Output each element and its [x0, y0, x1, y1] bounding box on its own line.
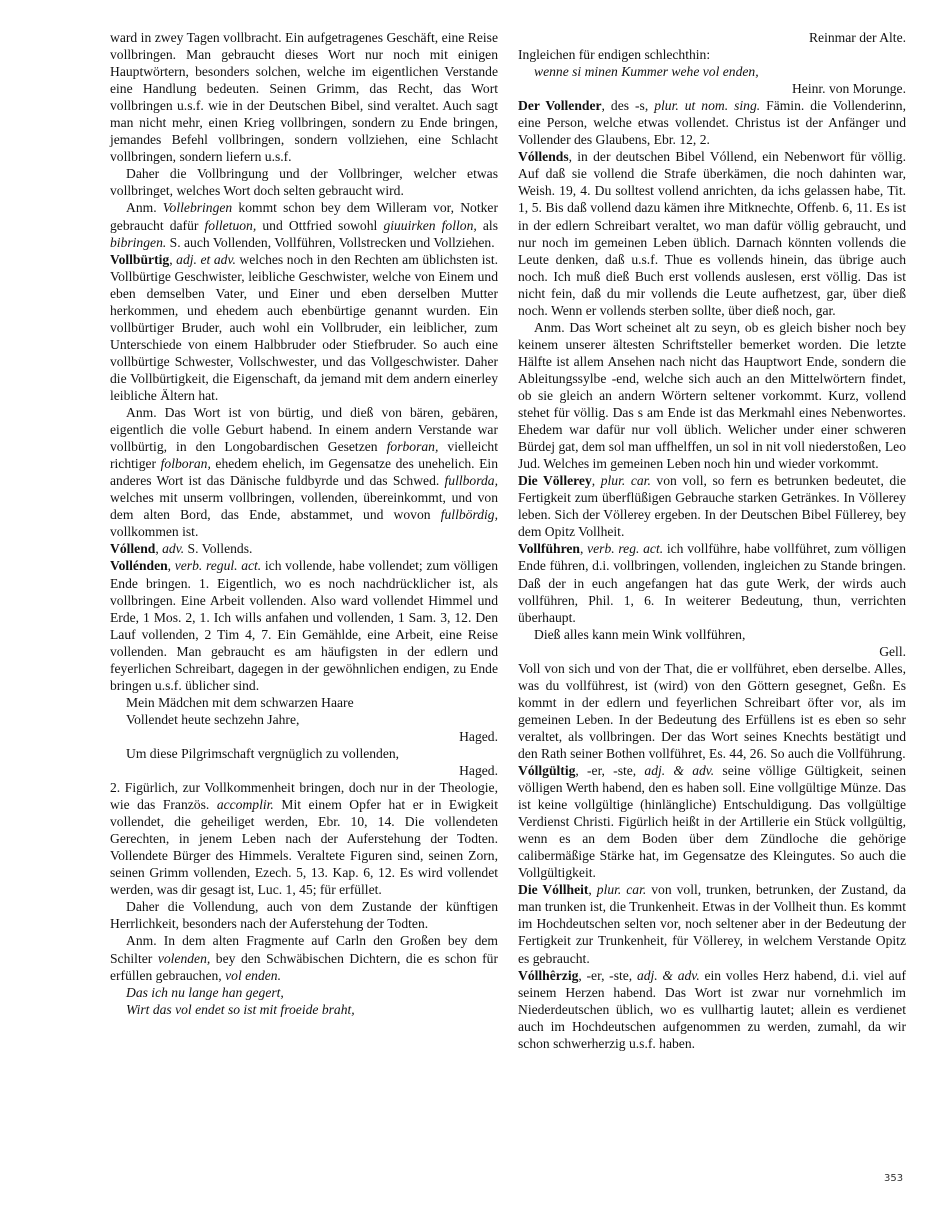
right-column: Reinmar der Alte.Ingleichen für endigen … [518, 29, 906, 1052]
italic-term: Wirt das vol endet so ist mit froeide br… [126, 1002, 355, 1017]
italic-term: Das ich nu lange han gegert, [126, 985, 284, 1000]
italic-term: fullborda, [445, 473, 499, 488]
text-run: , des -s, [602, 98, 655, 113]
text-run: S. Vollends. [184, 541, 252, 556]
paragraph: Daher die Vollendung, auch von dem Zusta… [110, 898, 498, 932]
paragraph: Anm. Das Wort scheinet alt zu seyn, ob e… [518, 319, 906, 472]
verse-line: Mein Mädchen mit dem schwarzen Haare [110, 694, 498, 711]
italic-term: verb. reg. act. [587, 541, 663, 556]
text-run: , in der deutschen Bibel Vóllend, ein Ne… [518, 149, 906, 317]
text-run: Um diese Pilgrimschaft vergnüglich zu vo… [126, 746, 399, 761]
verse-line: wenne si minen Kummer wehe vol enden, [518, 63, 906, 80]
text-run: Ingleichen für endigen schlechthin: [518, 47, 710, 62]
attribution: Haged. [110, 728, 498, 745]
text-run: Anm. Das Wort scheinet alt zu seyn, ob e… [518, 320, 906, 471]
text-run: Voll von sich und von der That, die er v… [518, 661, 906, 761]
headword: Die Völlerey [518, 473, 592, 488]
text-run: als [477, 218, 498, 233]
dictionary-page: ward in zwey Tagen vollbracht. Ein aufge… [0, 0, 935, 1210]
text-run: , [592, 473, 601, 488]
text-run: Reinmar der Alte. [809, 30, 906, 45]
headword: Vollbürtig [110, 252, 169, 267]
text-run: seine völlige Gültigkeit, seinen völlige… [518, 763, 906, 880]
text-run: Anm. [126, 200, 163, 215]
headword: Vóllgültig [518, 763, 575, 778]
italic-term: giuuirken follon, [383, 218, 476, 233]
italic-term: folletuon, [205, 218, 257, 233]
paragraph: Anm. Das Wort ist von bürtig, und dieß v… [110, 404, 498, 540]
paragraph: Ingleichen für endigen schlechthin: [518, 46, 906, 63]
headword: Vóllhêrzig [518, 968, 578, 983]
headword: Vollénden [110, 558, 168, 573]
italic-term: accomplir. [217, 797, 274, 812]
text-run: Haged. [459, 729, 498, 744]
text-run: Vollendet heute sechzehn Jahre, [126, 712, 299, 727]
headword: Der Vollender [518, 98, 602, 113]
paragraph: Anm. In dem alten Fragmente auf Carln de… [110, 932, 498, 983]
attribution: Reinmar der Alte. [518, 29, 906, 46]
verse-line: Vollendet heute sechzehn Jahre, [110, 711, 498, 728]
paragraph: Die Vóllheit, plur. car. von voll, trunk… [518, 881, 906, 966]
paragraph: 2. Figürlich, zur Vollkommenheit bringen… [110, 779, 498, 898]
text-run: vollkommen ist. [110, 524, 198, 539]
italic-term: plur. ut nom. sing. [654, 98, 760, 113]
paragraph: Vóllend, adv. S. Vollends. [110, 540, 498, 557]
headword: Die Vóllheit [518, 882, 588, 897]
italic-term: adj. et adv. [176, 252, 236, 267]
text-run: welches noch in den Rechten am üblichste… [110, 252, 498, 403]
page-number: 353 [884, 1173, 903, 1184]
paragraph: ward in zwey Tagen vollbracht. Ein aufge… [110, 29, 498, 165]
paragraph: Vollführen, verb. reg. act. ich vollführ… [518, 540, 906, 625]
paragraph: Vóllhêrzig, -er, -ste, adj. & adv. ein v… [518, 967, 906, 1052]
italic-term: adv. [162, 541, 184, 556]
paragraph: Daher die Vollbringung und der Vollbring… [110, 165, 498, 199]
paragraph: Vóllgültig, -er, -ste, adj. & adv. seine… [518, 762, 906, 881]
text-run: , [168, 558, 175, 573]
attribution: Haged. [110, 762, 498, 779]
text-run: Daher die Vollbringung und der Vollbring… [110, 166, 498, 198]
italic-term: Vollebringen [163, 200, 232, 215]
italic-term: volenden, [158, 951, 210, 966]
text-run: Gell. [879, 644, 906, 659]
text-run: ward in zwey Tagen vollbracht. Ein aufge… [110, 30, 498, 164]
verse-line: Wirt das vol endet so ist mit froeide br… [110, 1001, 498, 1018]
italic-term: forboran, [387, 439, 439, 454]
verse-line: Dieß alles kann mein Wink vollführen, [518, 626, 906, 643]
text-run: Haged. [459, 763, 498, 778]
paragraph: Vollénden, verb. regul. act. ich vollend… [110, 557, 498, 693]
italic-term: wenne si minen Kummer wehe vol enden, [534, 64, 759, 79]
text-run: Mit einem Opfer hat er in Ewigkeit volle… [110, 797, 498, 897]
attribution: Heinr. von Morunge. [518, 80, 906, 97]
attribution: Gell. [518, 643, 906, 660]
italic-term: folboran, [161, 456, 211, 471]
text-run: , [588, 882, 596, 897]
verse-line: Das ich nu lange han gegert, [110, 984, 498, 1001]
paragraph: Anm. Vollebringen kommt schon bey dem Wi… [110, 199, 498, 250]
italic-term: adj. & adv. [637, 968, 700, 983]
headword: Vóllends [518, 149, 569, 164]
headword: Vóllend [110, 541, 155, 556]
italic-term: verb. regul. act. [175, 558, 261, 573]
text-run: Heinr. von Morunge. [792, 81, 906, 96]
paragraph: Voll von sich und von der That, die er v… [518, 660, 906, 762]
italic-term: adj. & adv. [644, 763, 714, 778]
text-run: Daher die Vollendung, auch von dem Zusta… [110, 899, 498, 931]
paragraph: Vóllends, in der deutschen Bibel Vóllend… [518, 148, 906, 318]
text-run: S. auch Vollenden, Vollführen, Vollstrec… [166, 235, 494, 250]
italic-term: bibringen. [110, 235, 166, 250]
paragraph: Der Vollender, des -s, plur. ut nom. sin… [518, 97, 906, 148]
headword: Vollführen [518, 541, 580, 556]
italic-term: plur. car. [601, 473, 651, 488]
text-run: Dieß alles kann mein Wink vollführen, [534, 627, 745, 642]
verse-line: Um diese Pilgrimschaft vergnüglich zu vo… [110, 745, 498, 762]
text-run: , -er, -ste, [578, 968, 637, 983]
text-run: und Ottfried sowohl [256, 218, 383, 233]
text-run: Mein Mädchen mit dem schwarzen Haare [126, 695, 354, 710]
paragraph: Vollbürtig, adj. et adv. welches noch in… [110, 251, 498, 404]
italic-term: plur. car. [597, 882, 647, 897]
left-column: ward in zwey Tagen vollbracht. Ein aufge… [110, 29, 498, 1018]
text-run: ich vollende, habe vollendet; zum völlig… [110, 558, 498, 692]
italic-term: vol enden. [225, 968, 281, 983]
italic-term: fullbördig, [441, 507, 498, 522]
text-run: , -er, -ste, [575, 763, 644, 778]
paragraph: Die Völlerey, plur. car. von voll, so fe… [518, 472, 906, 540]
